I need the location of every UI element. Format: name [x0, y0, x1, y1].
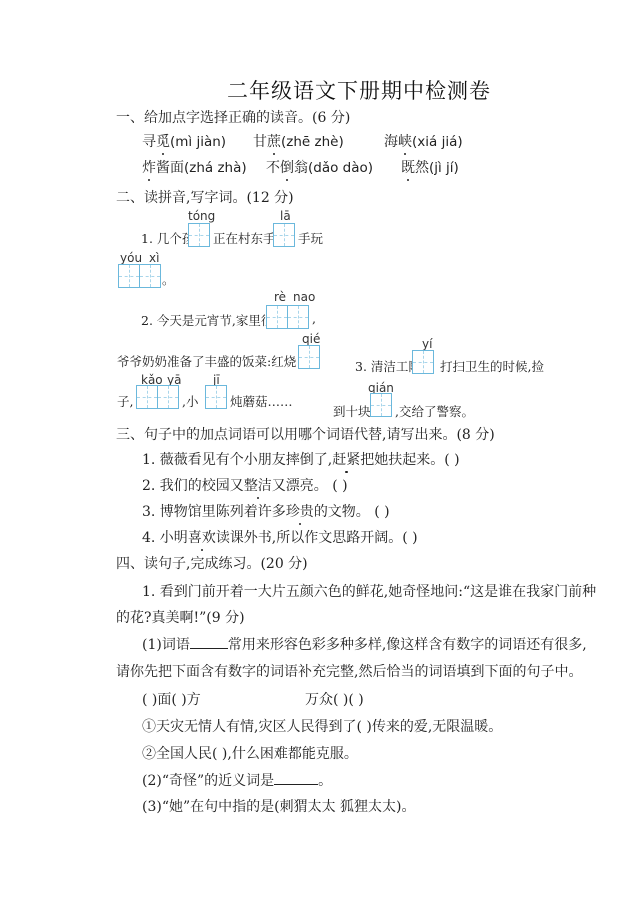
s4-fill-simian[interactable]: ( )面( )方: [142, 689, 201, 709]
section-3-heading: 三、句子中的加点词语可以用哪个词语代替,请写出来。(8 分): [116, 424, 495, 444]
s3-item-1: 1. 薇薇看见有个小朋友摔倒了,赶紧把她扶起来。( ): [142, 449, 460, 469]
s2-q2-text-d: 子,: [117, 392, 133, 410]
section-1-heading: 一、给加点字选择正确的读音。(6 分): [116, 107, 350, 127]
pinyin-re: rè: [274, 290, 286, 304]
write-box-qian[interactable]: [370, 393, 392, 417]
s1-item-text: 不: [266, 160, 280, 176]
s1-item-text: 甘: [253, 134, 267, 150]
s4-q1-line1: 1. 看到门前开着一大片五颜六色的鲜花,她奇怪地问:“这是谁在我家门前种: [142, 581, 596, 601]
s1-item-text: 酱面: [156, 160, 184, 176]
s1-item-text: 然: [415, 160, 429, 176]
s1-item-text: 寻: [142, 134, 156, 150]
s4-sub2-end: 。: [318, 773, 332, 789]
s2-q2-text-c: 爷爷奶奶准备了丰盛的饭菜:红烧: [117, 352, 296, 370]
s4-circ2: ②全国人民( ),什么困难都能克服。: [142, 743, 358, 763]
s2-q1-text-b: 正在村东手: [213, 229, 276, 247]
s2-q1-text-c: 手玩: [298, 229, 323, 247]
s2-q2-text-b: ,: [312, 311, 316, 326]
write-box-la[interactable]: [273, 223, 295, 247]
write-box-qie[interactable]: [298, 345, 320, 369]
write-box-kaoya[interactable]: [136, 385, 179, 409]
section-2-heading: 二、读拼音,写字词。(12 分): [116, 187, 294, 207]
write-box-ji[interactable]: [205, 385, 227, 409]
pinyin-you: yóu: [120, 251, 142, 265]
s4-sub1: (1)词语常用来形容色彩多种多样,像这样含有数字的词语还有很多,: [142, 634, 587, 654]
s4-sub2-label: (2)“奇怪”的近义词是: [142, 773, 274, 789]
s2-q1-end: 。: [162, 270, 175, 288]
page-title: 二年级语文下册期中检测卷: [227, 75, 491, 105]
pinyin-options: (dǎo dào): [308, 160, 373, 176]
write-box-yi[interactable]: [412, 350, 434, 374]
pinyin-xi: xì: [149, 251, 159, 265]
s4-sub3: (3)“她”在句中指的是(刺猬太太 狐狸太太)。: [142, 796, 416, 816]
s3-answer-blank[interactable]: 又漂亮。 ( ): [272, 478, 348, 494]
s3-answer-blank[interactable]: 的文物。 ( ): [314, 504, 390, 520]
s4-q1-line2: 的花?真美啊!”(9 分): [116, 607, 245, 627]
section-4-heading: 四、读句子,完成练习。(20 分): [116, 553, 308, 573]
s2-q1-text-a: 1. 几个孩: [141, 229, 194, 247]
s2-q3-text-c: 到十块: [333, 402, 371, 420]
pinyin-options: (xiá jiá): [412, 134, 463, 150]
pinyin-options: (zhá zhà): [184, 160, 247, 176]
s4-sub1-label: (1)词语: [142, 637, 190, 653]
dotted-word: 赶紧: [332, 449, 360, 469]
s3-answer-blank[interactable]: 读课外书,所以作文思路开阔。( ): [216, 530, 418, 546]
dotted-word: 整洁: [244, 475, 272, 495]
s1-item-text: 海: [384, 134, 398, 150]
s4-sub2-blank[interactable]: [274, 784, 318, 785]
pinyin-la: lā: [280, 209, 291, 223]
s2-q2-text-e: ,小: [182, 392, 198, 410]
s1-item-1: 寻觅(mì jiàn): [142, 131, 226, 151]
pinyin-options: (zhē zhè): [281, 134, 344, 150]
pinyin-nao: nao: [293, 290, 315, 304]
s3-item-4: 4. 小明喜欢读课外书,所以作文思路开阔。( ): [142, 527, 418, 547]
dotted-word: 喜欢: [188, 527, 216, 547]
s4-circ1: ①天灾无情人有情,灾区人民得到了( )传来的爱,无限温暖。: [142, 716, 502, 736]
dotted-char: 倒: [280, 157, 294, 177]
write-box-tong[interactable]: [188, 223, 210, 247]
s3-text: 4. 小明: [142, 530, 188, 546]
s3-text: 1. 薇薇看见有个小朋友摔倒了,: [142, 452, 332, 468]
s4-sub1-text: 常用来形容色彩多种多样,像这样含有数字的词语还有很多,: [228, 637, 587, 653]
dotted-char: 炸: [142, 157, 156, 177]
s3-text: 3. 博物馆里陈列着许多: [142, 504, 286, 520]
s4-fill-wanzhong[interactable]: 万众( )( ): [305, 689, 364, 709]
s4-sub1-blank[interactable]: [190, 648, 228, 649]
pinyin-yi: yí: [422, 337, 432, 351]
s3-answer-blank[interactable]: 把她扶起来。( ): [360, 452, 459, 468]
s1-item-6: 既然(jì jí): [401, 157, 459, 177]
s1-item-2: 甘蔗(zhē zhè): [253, 131, 344, 151]
pinyin-options: (jì jí): [429, 160, 459, 176]
s3-item-3: 3. 博物馆里陈列着许多珍贵的文物。 ( ): [142, 501, 390, 521]
write-box-youxi[interactable]: [118, 264, 161, 288]
s2-q3-text-d: ,交给了警察。: [395, 402, 474, 420]
s4-sub2: (2)“奇怪”的近义词是。: [142, 770, 332, 790]
s4-sub1-line2: 请你先把下面含有数字的词语补充完整,然后恰当的词语填到下面的句子中。: [116, 661, 582, 681]
s2-q2-text-f: 炖蘑菇……: [230, 392, 293, 410]
s3-text: 2. 我们的校园又: [142, 478, 244, 494]
write-box-renao[interactable]: [266, 305, 309, 329]
s1-item-5: 不倒翁(dǎo dào): [266, 157, 373, 177]
dotted-word: 珍贵: [286, 501, 314, 521]
pinyin-tong: tóng: [188, 209, 215, 223]
s1-item-4: 炸酱面(zhá zhà): [142, 157, 247, 177]
s1-item-3: 海峡(xiá jiá): [384, 131, 463, 151]
dotted-char: 蔗: [267, 131, 281, 151]
dotted-char: 觅: [156, 131, 170, 151]
s2-q2-text-a: 2. 今天是元宵节,家里很: [141, 311, 273, 329]
dotted-char: 既: [401, 157, 415, 177]
dotted-char: 峡: [398, 131, 412, 151]
pinyin-options: (mì jiàn): [170, 134, 226, 150]
s1-item-text: 翁: [294, 160, 308, 176]
pinyin-qie: qié: [302, 332, 320, 346]
s3-item-2: 2. 我们的校园又整洁又漂亮。 ( ): [142, 475, 348, 495]
s2-q3-text-b: 打扫卫生的时候,捡: [440, 357, 544, 375]
